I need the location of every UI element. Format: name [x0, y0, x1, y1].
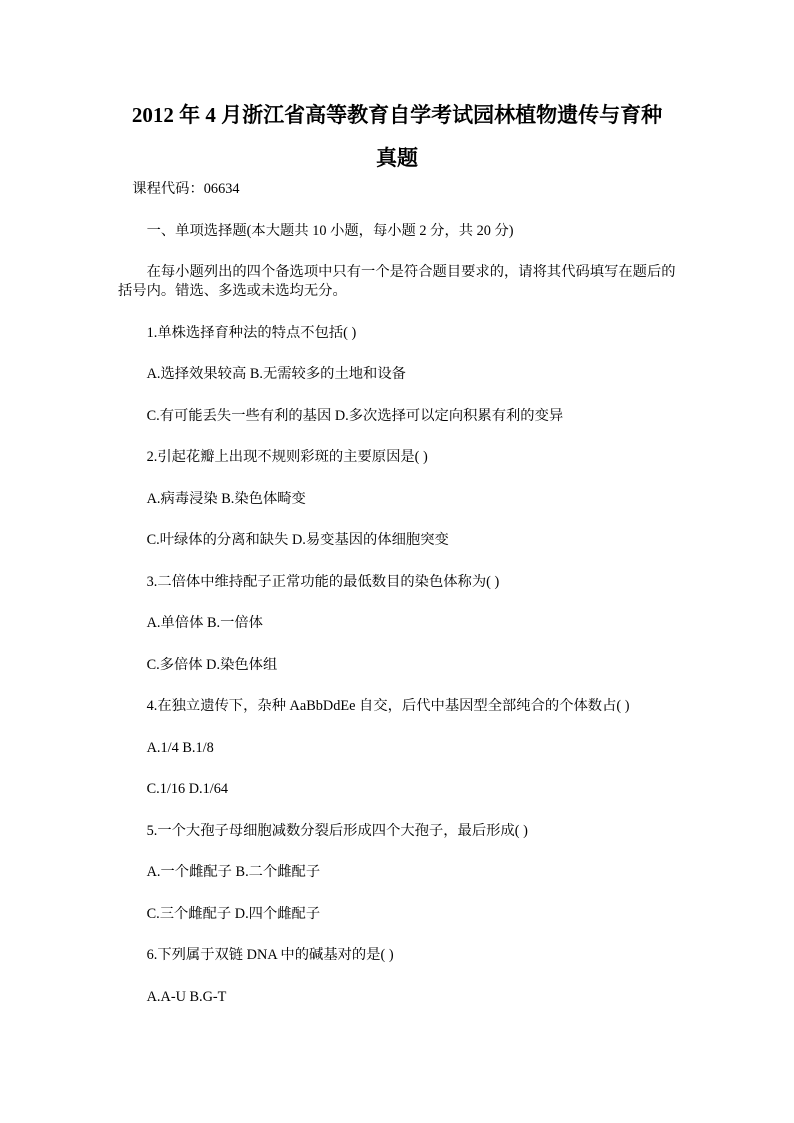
- question-options: A.一个雌配子 B.二个雌配子: [118, 863, 676, 882]
- question-stem: 3.二倍体中维持配子正常功能的最低数目的染色体称为( ): [118, 573, 676, 592]
- question-options: A.A-U B.G-T: [118, 988, 676, 1007]
- section-heading: 一、单项选择题(本大题共 10 小题，每小题 2 分，共 20 分): [118, 222, 676, 241]
- question-options: C.有可能丢失一些有利的基因 D.多次选择可以定向积累有利的变异: [118, 407, 676, 426]
- question-options: C.三个雌配子 D.四个雌配子: [118, 905, 676, 924]
- question-options: A.单倍体 B.一倍体: [118, 614, 676, 633]
- title-line-2: 真题: [118, 137, 676, 180]
- question-options: C.多倍体 D.染色体组: [118, 656, 676, 675]
- question-stem: 4.在独立遗传下，杂种 AaBbDdEe 自交，后代中基因型全部纯合的个体数占(…: [118, 697, 676, 716]
- question-options: A.选择效果较高 B.无需较多的土地和设备: [118, 365, 676, 384]
- question-stem: 2.引起花瓣上出现不规则彩斑的主要原因是( ): [118, 448, 676, 467]
- question-options: A.病毒浸染 B.染色体畸变: [118, 490, 676, 509]
- question-options: A.1/4 B.1/8: [118, 739, 676, 758]
- course-code: 课程代码：06634: [118, 180, 676, 199]
- exam-document-page: 2012 年 4 月浙江省高等教育自学考试园林植物遗传与育种 真题 课程代码：0…: [0, 0, 794, 1123]
- question-stem: 1.单株选择育种法的特点不包括( ): [118, 324, 676, 343]
- question-stem: 6.下列属于双链 DNA 中的碱基对的是( ): [118, 946, 676, 965]
- question-options: C.1/16 D.1/64: [118, 780, 676, 799]
- section-instructions: 在每小题列出的四个备选项中只有一个是符合题目要求的，请将其代码填写在题后的 括号…: [118, 263, 676, 301]
- question-stem: 5.一个大孢子母细胞减数分裂后形成四个大孢子，最后形成( ): [118, 822, 676, 841]
- question-list: 1.单株选择育种法的特点不包括( )A.选择效果较高 B.无需较多的土地和设备C…: [118, 324, 676, 1007]
- title-line-1: 2012 年 4 月浙江省高等教育自学考试园林植物遗传与育种: [118, 94, 676, 137]
- document-title: 2012 年 4 月浙江省高等教育自学考试园林植物遗传与育种 真题: [118, 94, 676, 180]
- question-options: C.叶绿体的分离和缺失 D.易变基因的体细胞突变: [118, 531, 676, 550]
